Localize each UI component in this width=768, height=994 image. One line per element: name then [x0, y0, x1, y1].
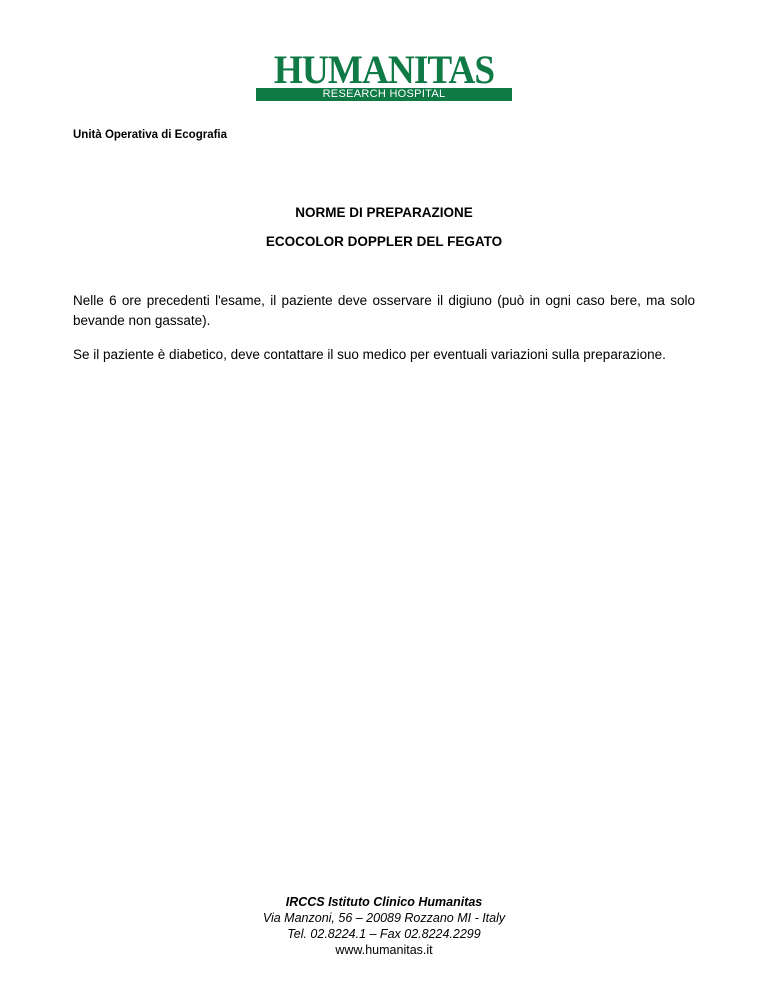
footer-phone-fax: Tel. 02.8224.1 – Fax 02.8224.2299: [0, 926, 768, 942]
footer-address: Via Manzoni, 56 – 20089 Rozzano MI - Ita…: [0, 910, 768, 926]
humanitas-logo: HUMANITAS RESEARCH HOSPITAL: [256, 52, 512, 102]
logo-subtitle-bar: RESEARCH HOSPITAL: [256, 88, 512, 101]
document-subtitle: ECOCOLOR DOPPLER DEL FEGATO: [0, 234, 768, 249]
logo-wordmark: HUMANITAS: [265, 52, 503, 88]
paragraph-fasting: Nelle 6 ore precedenti l'esame, il pazie…: [73, 291, 695, 331]
unit-heading: Unità Operativa di Ecografia: [73, 129, 227, 141]
paragraph-diabetic: Se il paziente è diabetico, deve contatt…: [73, 345, 695, 365]
document-title: NORME DI PREPARAZIONE: [0, 205, 768, 220]
footer-organization: IRCCS Istituto Clinico Humanitas: [0, 894, 768, 910]
footer-website-link[interactable]: www.humanitas.it: [0, 942, 768, 958]
footer: IRCCS Istituto Clinico Humanitas Via Man…: [0, 894, 768, 958]
